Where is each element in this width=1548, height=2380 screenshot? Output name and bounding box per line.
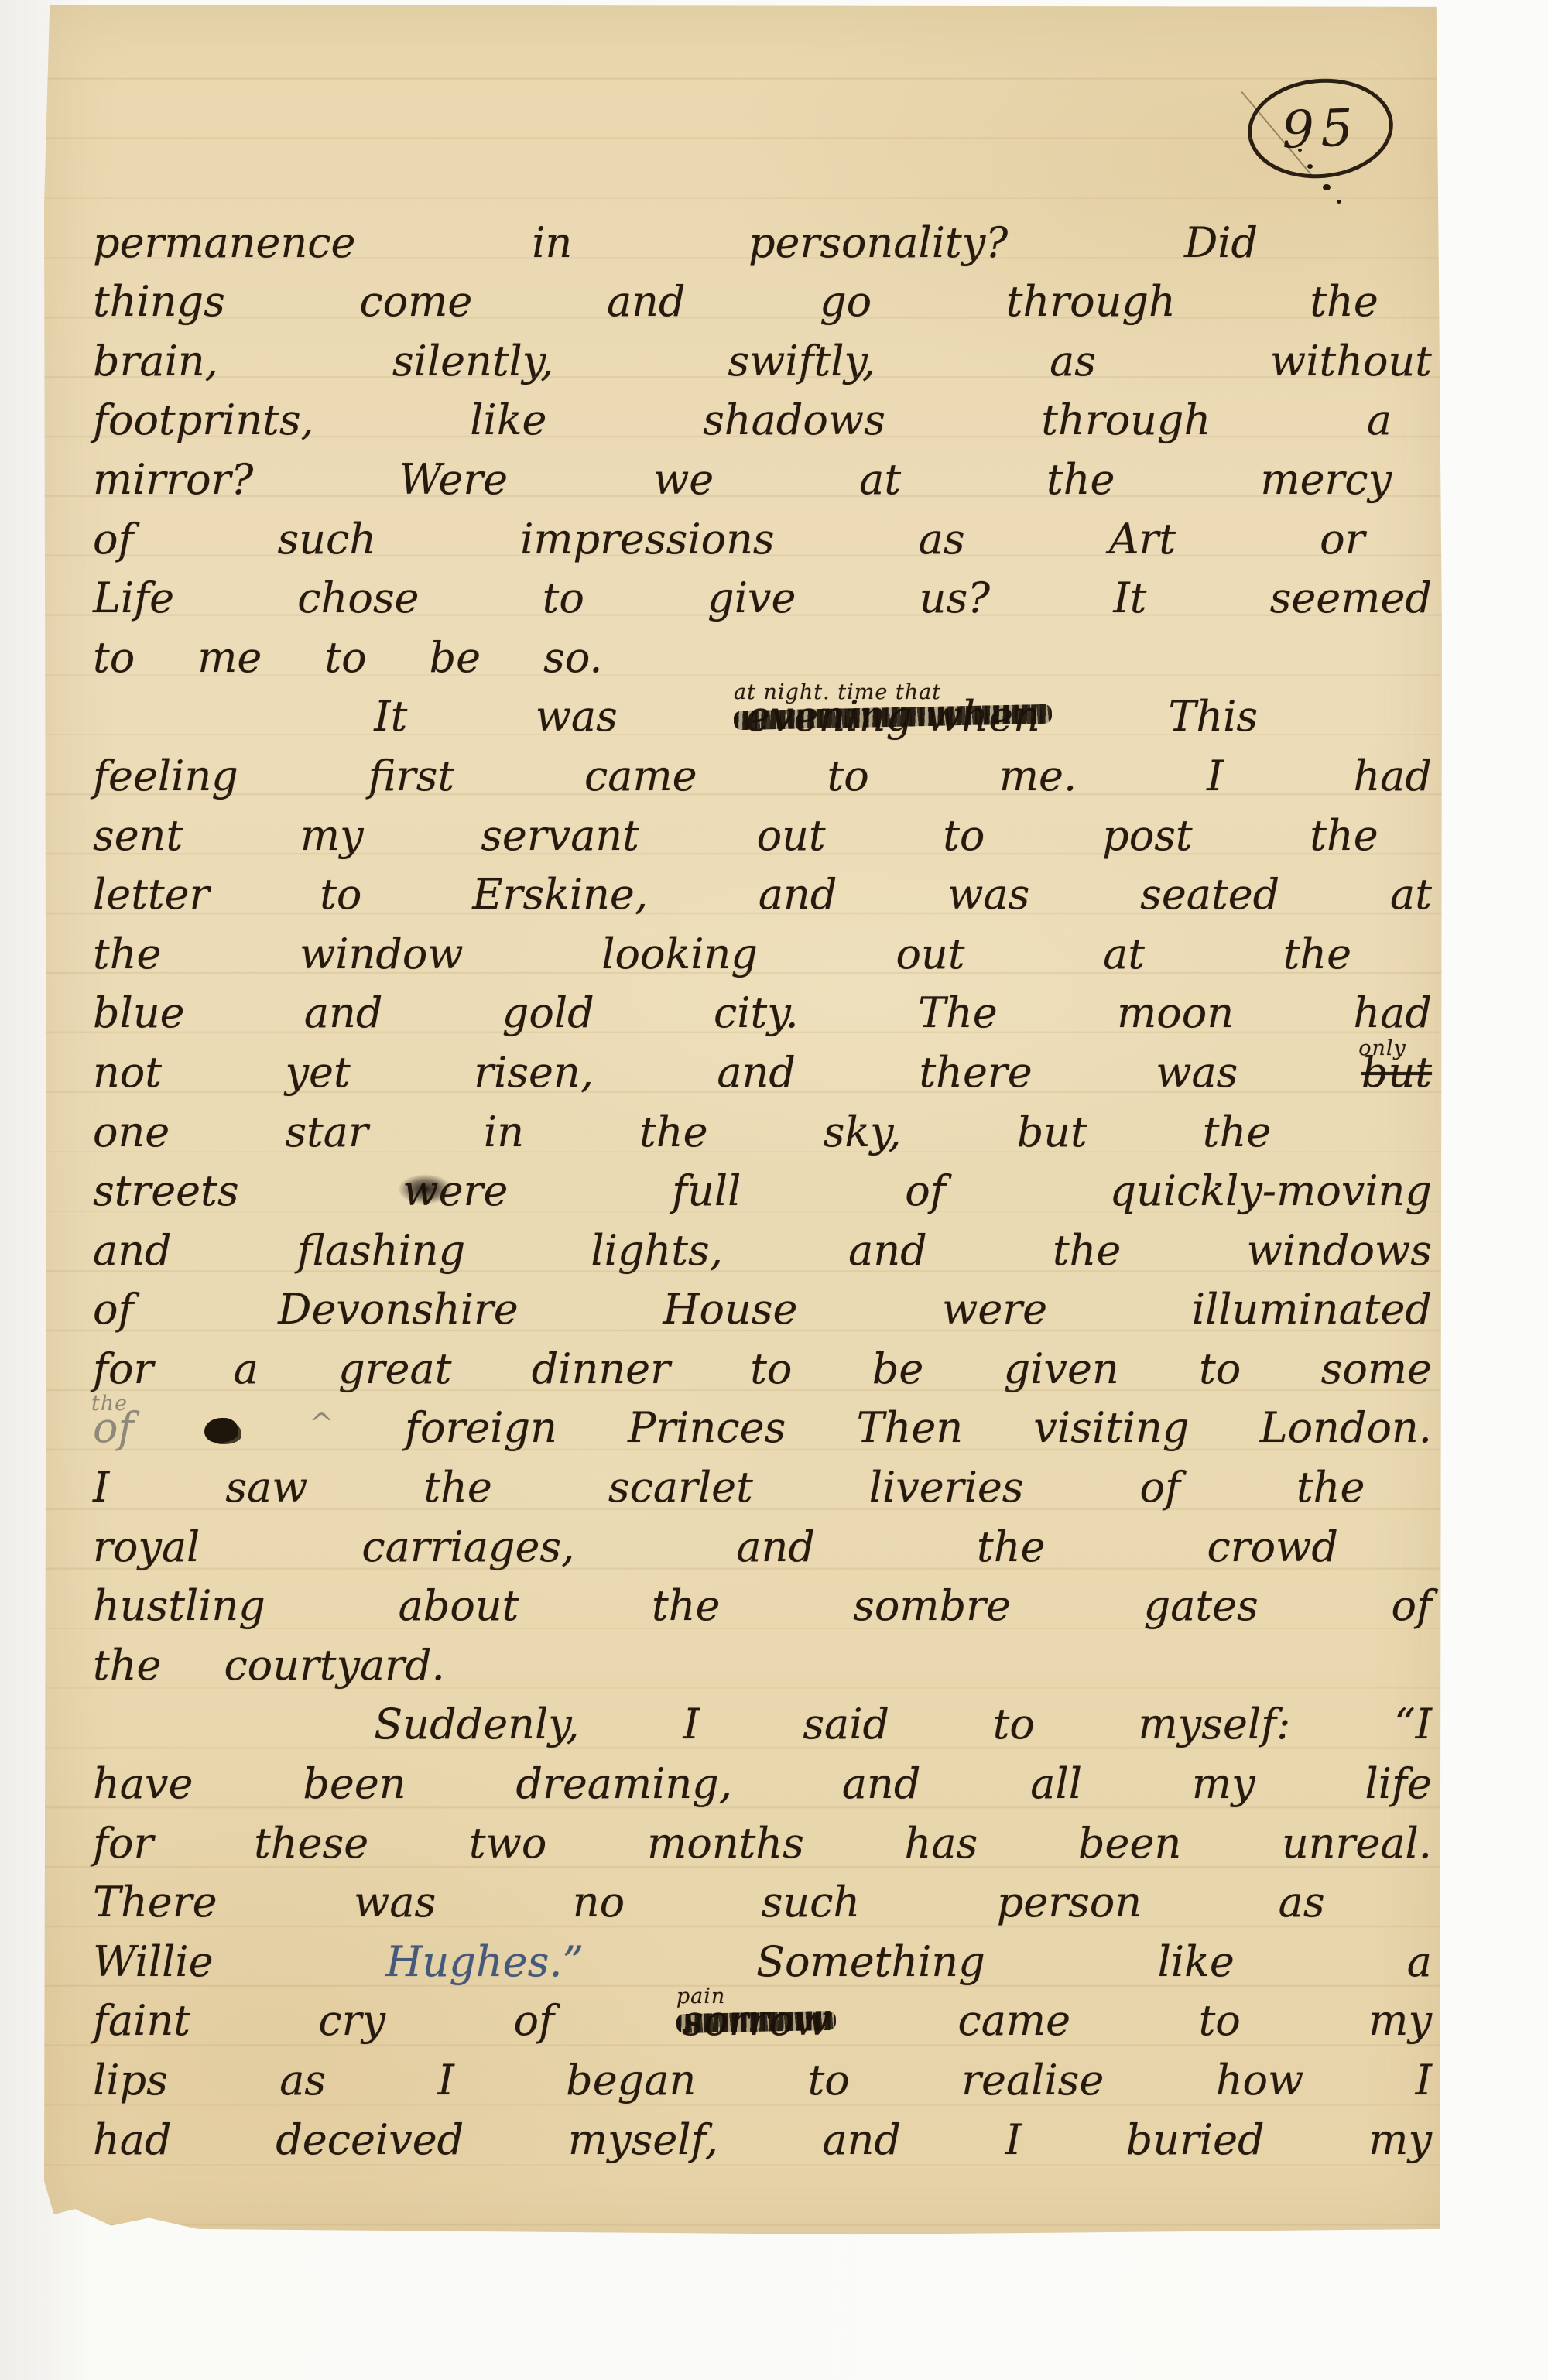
manuscript-word: the [93,1645,161,1687]
manuscript-word: personality? [748,222,1008,264]
manuscript-word: all [1030,1763,1082,1805]
manuscript-word: as [279,2060,326,2101]
manuscript-word: ^ [309,1410,334,1440]
manuscript-word: Willie [93,1941,214,1983]
manuscript-word: footprints, [93,399,314,441]
manuscript-word: letter [93,874,209,916]
manuscript-word: the [93,933,161,975]
manuscript-word: us? [920,577,990,619]
manuscript-word: was [947,874,1029,916]
manuscript-word: my [1368,2119,1432,2161]
manuscript-word: sent [93,815,183,857]
manuscript-word: looking [601,933,758,975]
manuscript-word: to [750,1348,792,1390]
manuscript-word: one [93,1111,170,1153]
manuscript-word: saw [225,1467,307,1508]
manuscript-word: unreal. [1282,1823,1432,1865]
manuscript-word: me [197,637,262,679]
manuscript-word: months [647,1823,804,1865]
manuscript-word: to [808,2060,850,2101]
manuscript-word: lips [93,2060,168,2101]
manuscript-word: mercy [1260,459,1392,501]
manuscript-line: feelingfirstcametome.Ihad [93,742,1432,802]
manuscript-word: as [919,519,965,560]
manuscript-word: the [977,1526,1045,1568]
manuscript-word: through [1006,281,1176,323]
manuscript-word: courtyard. [224,1645,444,1687]
manuscript-word: my [1368,2000,1432,2042]
manuscript-word: for [93,1823,153,1865]
manuscript-word: the [1283,933,1351,975]
manuscript-word: at [859,459,901,501]
manuscript-line: blueandgoldcity.Themoonhad [93,980,1432,1039]
manuscript-word: It [1113,577,1146,619]
manuscript-word: visiting [1033,1407,1189,1449]
manuscript-word: two [469,1823,546,1865]
manuscript-word: have [93,1763,193,1805]
manuscript-word: a [1407,1941,1432,1983]
manuscript-word: sky, [824,1111,902,1153]
manuscript-word: as [1279,1882,1325,1923]
manuscript-word: there [919,1052,1032,1094]
manuscript-word: I [1005,2119,1022,2161]
manuscript-word: It [374,696,407,738]
manuscript-word: to [93,637,135,679]
manuscript-word: deceived [276,2119,464,2161]
manuscript-word: permanence [93,222,355,264]
manuscript-word: gold [502,992,594,1034]
manuscript-word: The [918,992,998,1034]
manuscript-word: dreaming, [515,1763,732,1805]
ink-spatter-dot [1307,164,1313,169]
ink-spatter-dot [1298,149,1302,152]
manuscript-word: full [672,1170,741,1212]
manuscript-line: Therewasnosuchpersonas [93,1869,1325,1929]
manuscript-word: of [1140,1467,1181,1508]
manuscript-word: carriages, [361,1526,574,1568]
inserted-word: pain [676,1986,725,2007]
manuscript-word: buried [1126,2119,1265,2161]
manuscript-word: came [584,755,697,797]
inserted-word: only [1358,1038,1406,1059]
manuscript-word: said [803,1704,889,1745]
manuscript-line: mirror?Wereweatthemercy [93,446,1392,505]
manuscript-word: Were [399,459,508,501]
manuscript-word: to [1199,2000,1241,2042]
manuscript-line: Isawthescarletliveriesofthe [93,1454,1365,1513]
manuscript-word: risen, [474,1052,594,1094]
manuscript-word: seated [1140,874,1279,916]
manuscript-word: city. [714,992,799,1034]
manuscript-word: go [820,281,872,323]
inserted-word: at night. time that [734,682,941,703]
manuscript-line: WillieHughes.”Somethinglikea [93,1928,1432,1988]
manuscript-line: Lifechosetogiveus?Itseemed [93,565,1432,625]
manuscript-word: came [957,2000,1070,2042]
manuscript-word: be [872,1348,924,1390]
manuscript-word: seemed [1270,577,1432,619]
manuscript-word: to [993,1704,1035,1745]
ink-spatter-dot [1323,184,1331,190]
manuscript-line: thewindowlookingoutatthe [93,920,1351,980]
manuscript-word: give [707,577,796,619]
manuscript-word: window [300,933,464,975]
manuscript-word: not [93,1052,162,1094]
manuscript-line: onestarinthesky,butthe [93,1098,1271,1158]
manuscript-line: faintcryofsorrowpaincametomy [93,1988,1432,2047]
manuscript-page: 95 permanenceinpersonality?Didthingscome… [44,5,1442,2237]
manuscript-word: the [1046,459,1115,501]
manuscript-word: London. [1260,1407,1432,1449]
manuscript-word: I [437,2060,454,2101]
manuscript-line: hustlingaboutthesombregatesof [93,1573,1432,1632]
manuscript-word: hustling [93,1585,265,1627]
manuscript-line: ofthe^foreignPrincesThenvisitingLondon. [93,1395,1432,1454]
manuscript-word: through [1041,399,1211,441]
manuscript-word: yet [286,1052,351,1094]
manuscript-word: the [423,1467,491,1508]
manuscript-word: I [93,1467,109,1508]
manuscript-word: the [1296,1467,1365,1508]
manuscript-line: notyetrisen,andtherewasbutonly [93,1039,1432,1098]
manuscript-word: my [1192,1763,1255,1805]
manuscript-word: brain, [93,341,218,382]
manuscript-word: out [757,815,826,857]
manuscript-line: tometobeso. [93,624,1432,683]
manuscript-word: these [254,1823,368,1865]
manuscript-word: and [759,874,837,916]
manuscript-word: life [1365,1763,1432,1805]
manuscript-word: realise [961,2060,1104,2101]
manuscript-word: Life [93,577,174,619]
manuscript-word: the [652,1585,720,1627]
manuscript-word: but [1017,1111,1087,1153]
manuscript-word: star [285,1111,368,1153]
manuscript-word: swiftly, [728,341,875,382]
manuscript-word: “I [1394,1704,1432,1745]
manuscript-word: Something [756,1941,985,1983]
manuscript-word: a [1367,399,1392,441]
manuscript-word: cry [318,2000,385,2042]
manuscript-line: thingscomeandgothroughthe [93,269,1378,328]
manuscript-word: has [905,1823,978,1865]
manuscript-line: thecourtyard. [93,1632,1432,1691]
manuscript-word: given [1004,1348,1119,1390]
manuscript-word: the [639,1111,707,1153]
manuscript-word: faint [93,2000,190,2042]
manuscript-word: illuminated [1192,1289,1432,1330]
manuscript-word: of [93,1289,134,1330]
manuscript-word: sombre [853,1585,1011,1627]
manuscript-word: great [338,1348,451,1390]
manuscript-line: forthesetwomonthshasbeenunreal. [93,1810,1432,1869]
manuscript-word: evening whenat night. time that [745,696,1040,738]
manuscript-word: scarlet [608,1467,753,1508]
manuscript-word: was [354,1882,436,1923]
manuscript-word: at [1390,874,1432,916]
manuscript-word: was [1156,1052,1238,1094]
page-number-circle: 95 [1244,73,1397,184]
manuscript-word: royal [93,1526,200,1568]
manuscript-word: the [1203,1111,1271,1153]
manuscript-word: in [484,1111,524,1153]
manuscript-word: post [1102,815,1193,857]
manuscript-word: out [896,933,965,975]
manuscript-word: to [1199,1348,1241,1390]
manuscript-word: the [1310,281,1378,323]
manuscript-word: chose [297,577,419,619]
manuscript-word: my [300,815,364,857]
manuscript-word: moon [1117,992,1234,1034]
manuscript-word: we [653,459,714,501]
manuscript-word: dinner [532,1348,670,1390]
manuscript-line: sentmyservantouttopostthe [93,802,1378,861]
manuscript-word: servant [481,815,639,857]
manuscript-word: been [1078,1823,1181,1865]
manuscript-word: quickly-moving [1110,1170,1432,1212]
manuscript-word: like [1158,1941,1235,1983]
manuscript-word: blue [93,992,185,1034]
manuscript-word: foreign [405,1407,557,1449]
manuscript-word: and [848,1230,927,1272]
manuscript-word: were [942,1289,1047,1330]
manuscript-line: ofDevonshireHousewereilluminated [93,1276,1432,1336]
manuscript-word: began [566,2060,696,2101]
manuscript-word: lights, [591,1230,722,1272]
ink-blot [204,1418,238,1443]
manuscript-line: andflashinglights,andthewindows [93,1217,1432,1276]
manuscript-word: at [1103,933,1145,975]
manuscript-word: had [1353,992,1432,1034]
manuscript-word: to [324,637,366,679]
manuscript-word: I [1207,755,1223,797]
manuscript-word: flashing [297,1230,465,1272]
manuscript-word: Princes [628,1407,786,1449]
manuscript-word: been [303,1763,406,1805]
manuscript-line: ofsuchimpressionsasArtor [93,505,1365,565]
manuscript-line: lipsasIbegantorealisehowI [93,2046,1432,2106]
manuscript-word: feeling [93,755,238,797]
manuscript-word: no [573,1882,625,1923]
manuscript-word: the [1053,1230,1121,1272]
manuscript-word: had [1353,755,1432,797]
manuscript-line: royalcarriages,andthecrowd [93,1513,1338,1573]
manuscript-word: I [1416,2060,1432,2101]
manuscript-word: Hughes.” [385,1941,584,1983]
manuscript-word: of [513,2000,554,2042]
manuscript-word: Erskine, [472,874,648,916]
manuscript-word: silently, [392,341,553,382]
manuscript-word: first [368,755,454,797]
manuscript-word: Did [1184,222,1258,264]
manuscript-word: how [1216,2060,1304,2101]
manuscript-line: Suddenly,Isaidtomyself:“I [374,1691,1432,1751]
manuscript-word: of [905,1170,946,1212]
manuscript-word: impressions [520,519,775,560]
manuscript-word: were [402,1170,508,1212]
manuscript-word: for [93,1348,153,1390]
manuscript-word: sorrowpain [682,2000,830,2042]
manuscript-word: Art [1109,519,1176,560]
manuscript-word: the [1310,815,1378,857]
manuscript-word: or [1320,519,1365,560]
manuscript-word: and [822,2119,901,2161]
manuscript-word: shadows [703,399,885,441]
manuscript-word: to [320,874,361,916]
manuscript-word: and [93,1230,172,1272]
manuscript-word: butonly [1361,1052,1432,1094]
manuscript-word: House [663,1289,797,1330]
manuscript-line: footprints,likeshadowsthrougha [93,387,1392,447]
manuscript-word: was [536,696,618,738]
ink-spatter-dot [1337,200,1341,204]
manuscript-line: lettertoErskine,andwasseatedat [93,861,1432,921]
manuscript-word: streets [93,1170,239,1212]
manuscript-word: without [1270,341,1432,382]
manuscript-word: me. [999,755,1077,797]
manuscript-line: permanenceinpersonality?Did [93,209,1258,269]
manuscript-line: haddeceivedmyself,andIburiedmy [93,2106,1432,2166]
manuscript-word: Suddenly, [374,1704,579,1745]
manuscript-word: some [1321,1348,1432,1390]
manuscript-word: like [470,399,546,441]
manuscript-word: and [304,992,383,1034]
manuscript-word: and [736,1526,815,1568]
manuscript-word: ofthe [93,1407,134,1449]
manuscript-word: gates [1144,1585,1259,1627]
manuscript-word: such [762,1882,861,1923]
manuscript-word: I [683,1704,699,1745]
manuscript-word: about [399,1585,519,1627]
manuscript-word: of [1391,1585,1432,1627]
manuscript-word: mirror? [93,459,253,501]
manuscript-word: come [359,281,472,323]
manuscript-line: Itwasevening whenat night. time thatThis [374,683,1258,743]
manuscript-word: person [997,1882,1142,1923]
inserted-word: the [91,1393,128,1414]
manuscript-word: crowd [1207,1526,1338,1568]
manuscript-word: There [93,1882,217,1923]
manuscript-word: myself: [1139,1704,1291,1745]
manuscript-line: foragreatdinnertobegiventosome [93,1335,1432,1395]
manuscript-word: such [278,519,377,560]
manuscript-line: brain,silently,swiftly,aswithout [93,327,1432,387]
manuscript-word: liveries [869,1467,1024,1508]
manuscript-word: to [543,577,584,619]
manuscript-word: in [532,222,572,264]
manuscript-word: things [93,281,225,323]
manuscript-word: be [430,637,481,679]
manuscript-word: of [93,519,134,560]
manuscript-word: and [717,1052,796,1094]
manuscript-word: myself, [568,2119,718,2161]
manuscript-word: to [827,755,869,797]
manuscript-word: a [234,1348,259,1390]
manuscript-line: streetswerefullofquickly-moving [93,1158,1432,1217]
manuscript-word: and [842,1763,921,1805]
manuscript-word: so. [543,637,602,679]
manuscript-word: Then [857,1407,964,1449]
manuscript-line: havebeendreaming,andallmylife [93,1750,1432,1810]
manuscript-word: to [943,815,985,857]
manuscript-word: and [607,281,686,323]
page-number: 95 [1281,98,1361,159]
manuscript-text: permanenceinpersonality?Didthingscomeand… [93,209,1432,2166]
scanner-background: 95 permanenceinpersonality?Didthingscome… [0,0,1548,2380]
manuscript-word: Devonshire [278,1289,519,1330]
manuscript-word: had [93,2119,172,2161]
manuscript-word: This [1168,696,1258,738]
manuscript-word: as [1050,341,1096,382]
manuscript-word: windows [1247,1230,1432,1272]
